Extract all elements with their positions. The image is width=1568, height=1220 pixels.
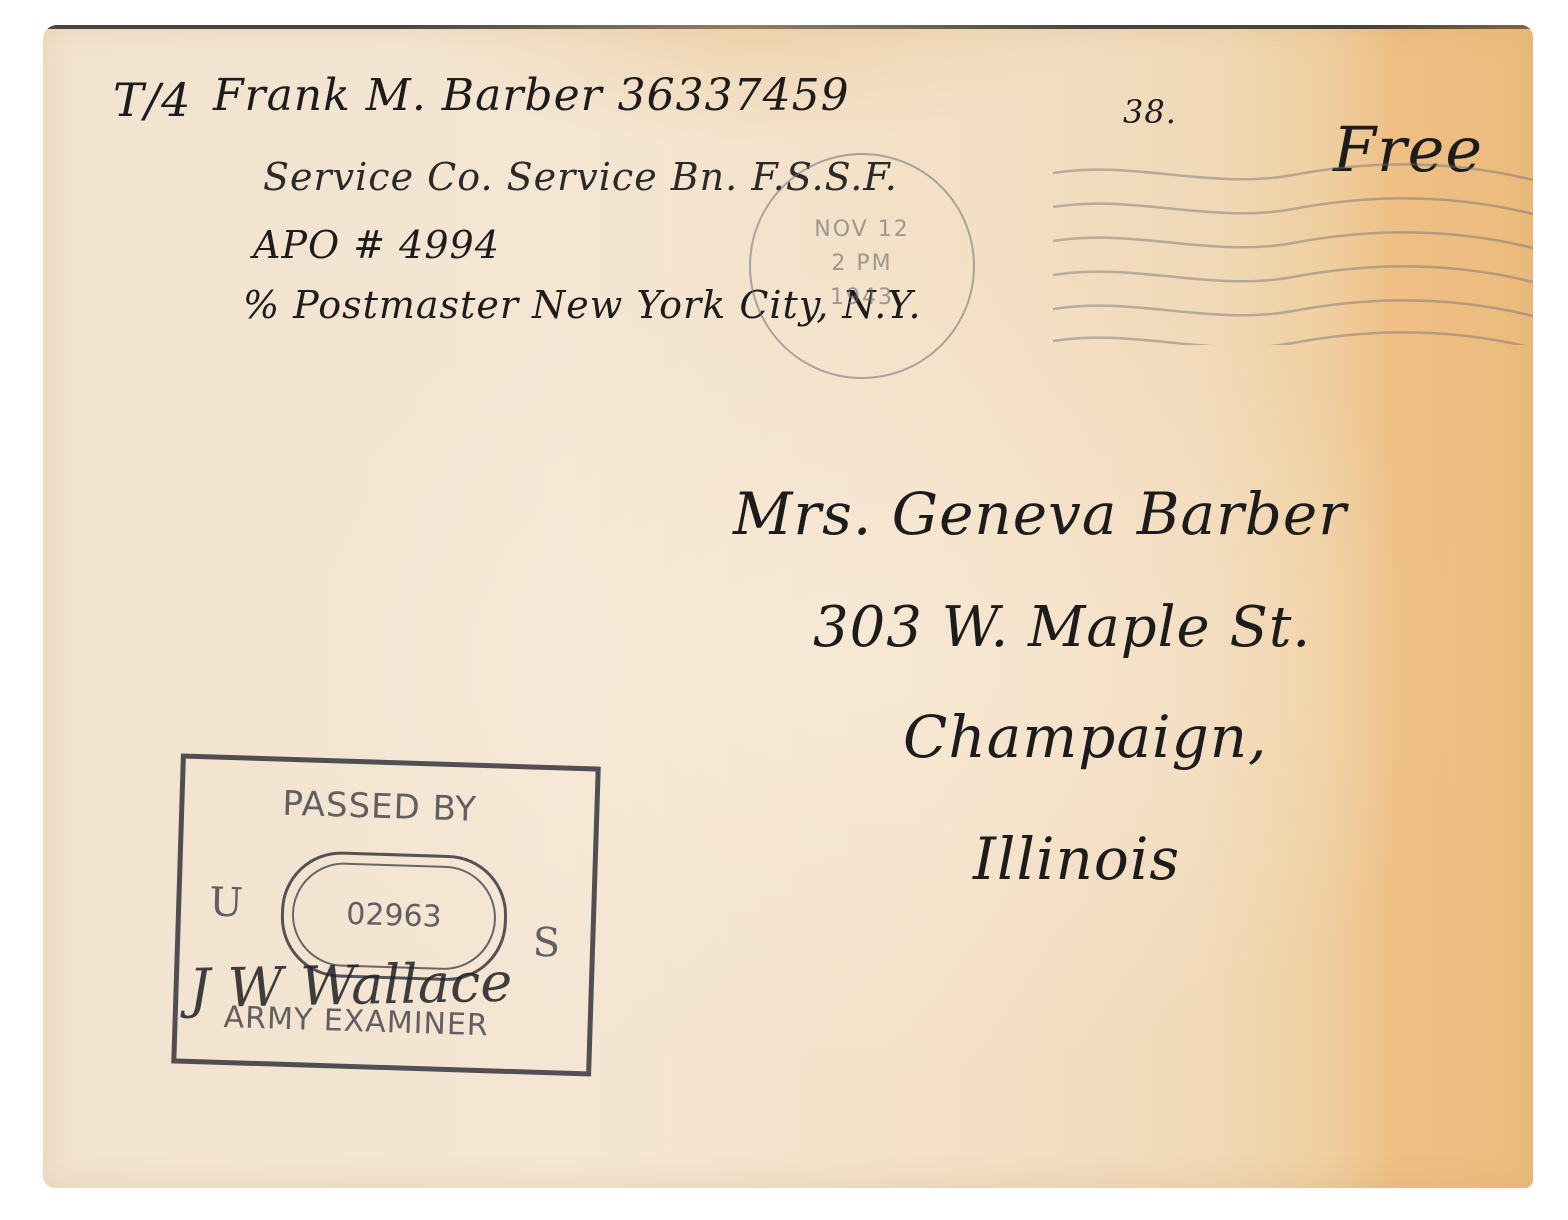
postmark-year: 1943: [751, 285, 973, 310]
sender-name-line: Frank M. Barber 36337459: [213, 70, 850, 121]
censor-letter-s: S: [532, 920, 561, 967]
postmark-time: 2 PM: [751, 251, 973, 276]
sender-serial: 36337459: [618, 70, 850, 121]
censor-header: PASSED BY: [282, 784, 478, 830]
envelope: T/4 Frank M. Barber 36337459 Service Co.…: [43, 25, 1533, 1188]
censor-number: 02963: [293, 895, 494, 936]
censor-signature: J W Wallace: [188, 951, 513, 1021]
postmark-date: NOV 12: [751, 217, 973, 242]
sender-rank: T/4: [113, 73, 191, 127]
sender-apo: APO # 4994: [253, 223, 500, 267]
recipient-street: 303 W. Maple St.: [813, 595, 1311, 660]
recipient-city: Champaign,: [903, 703, 1268, 771]
recipient-state: Illinois: [973, 825, 1180, 893]
censor-stamp: PASSED BY U 02963 S ARMY EXAMINER J W Wa…: [171, 753, 601, 1076]
sender-name: Frank M. Barber: [213, 70, 603, 121]
postmark: NOV 12 2 PM 1943: [749, 153, 975, 379]
recipient-name: Mrs. Geneva Barber: [733, 480, 1347, 548]
page-number-note: 38.: [1123, 93, 1177, 131]
censor-letter-u: U: [209, 879, 244, 926]
cancellation-wavy-lines: [1053, 145, 1533, 345]
